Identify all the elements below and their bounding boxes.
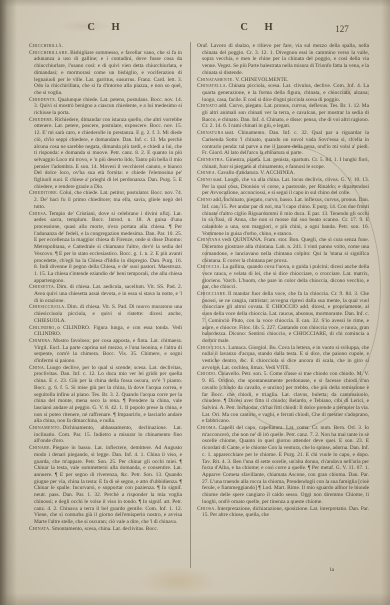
entry-body: La gallina, quando cova l'uova, o guida … [202,264,369,290]
entry-body: add. Curvo, piegato. Lat. pronus, curvus… [202,103,369,129]
entry-body: sust. Luogo, che va alla china. Lat. loc… [202,177,369,196]
entry-body: Piegare in basso. Lat. inflectere, demit… [34,445,182,525]
entry-body: V. CHINEVOLMENTE. [235,77,288,83]
text-column-left: Chicchirillà. Chicchirillare.Bisbigliare… [29,43,182,568]
dictionary-entry: Chinatella.Chinata picciola, scesa. Lat.… [197,83,369,103]
entry-body: add. Inchinato, piegato, curvo, basso. L… [202,197,369,237]
paper-stain [138,566,218,596]
entry-headword: Chicchirillà. [29,43,63,49]
edge-shadow-bottom [0,593,390,605]
entry-headword: Chiodo. [197,371,217,377]
gutter-shadow-left [0,0,17,605]
edge-shadow-top [0,0,390,7]
dictionary-entry: Chinata.Smontamento, scesa, china. Lat. … [29,526,182,533]
running-head-right: C H [232,22,288,33]
entry-headword: Chinamento. [29,425,61,431]
entry-body: Lumaca. Giorgiol. Bu. Cova la lettera, e… [202,345,369,371]
entry-headword: Chiosa. [197,506,216,512]
dictionary-entry: Chiesicciuola.Dim. di chiesa. Vit. S. Pa… [29,304,182,324]
dictionary-entry: Chinestra.Ginestra, pianta. Lat. genista… [197,157,369,170]
entry-headword: Chioma. [197,425,218,431]
dictionary-entry: Chiesa.Tempio de' Cristiani, dove si cel… [29,211,182,285]
entry-body: Bisbigliare sommesso, e favellar vano, c… [34,50,182,96]
dictionary-entry: Chiedente.Qualunque chiede. Lat. petens,… [29,97,182,117]
entry-headword: Chieditore. [29,190,59,196]
dictionary-entry: Chiocciola.Lumaca. Giorgiol. Bu. Cova la… [197,345,369,372]
entry-headword: Chinato [197,103,218,109]
entry-headword: Chilindro, [29,325,56,331]
dictionary-entry: Chinea.Cavallo d'andatura. V. ACCHINEA. [197,170,369,177]
entry-headword: Chinestra. [197,157,225,163]
entry-headword: China. [29,365,46,371]
dictionary-entry: Chilindro,o CILINDRO. Figura lunga, e co… [29,325,182,338]
dictionary-entry: Chieditore.Colui, che chiede. Lat. petit… [29,190,182,210]
entry-body: Capelli del capo, capellatura. Lat. coma… [202,425,369,505]
column-divider-rule [190,42,191,568]
text-column-right: Oraf. Lavoro di sbalzo, e rilievo per fa… [197,43,369,568]
page-number: 127 [328,24,356,34]
dictionary-entry: Chinosust. Luogo, che va alla china. Lat… [197,177,369,197]
entry-headword: Chiedente. [29,97,57,103]
dictionary-entry: Chiocciare.Il mandar fuor della voce, ch… [197,291,369,345]
dictionary-entry: Chinatoadd. Curvo, piegato. Lat. pronus,… [197,103,369,130]
entry-headword: Chinata. [29,526,51,532]
book-page: C H C H 127 Chicchirillà. Chicchirillare… [0,0,390,605]
entry-body: o CILINDRO. Figura lunga, e con essa ton… [34,325,182,338]
entry-body: Interpretazione, dichiarazione, sposizio… [202,506,369,519]
dictionary-entry: Chinaturasust. Chinamento. Dan. Inf. c. … [197,130,369,157]
dictionary-entry: Chinoadd. Inchinato, piegato, curvo, bas… [197,197,369,237]
dictionary-entry: Chimera.Mostro favoloso; per cosa appost… [29,338,182,365]
entry-body: vedi QUINTANA. Fram. stor. Bon. Quegli, … [202,237,369,263]
dictionary-entry: Chiedere.Richiedere, dimandar con istanz… [29,117,182,191]
dictionary-entry: Chiosa.Interpretazione, dichiarazione, s… [197,506,369,519]
entry-body: Cavallo d'andatura. V. ACCHINEA. [218,170,295,176]
dictionary-entry: China.Luogo declive, per lo qual si scen… [29,365,182,425]
entry-headword: Chinatella. [197,83,227,89]
entry-body: Tempio de' Cristiani, dove si celebrano … [34,211,182,284]
dictionary-entry: Chiesetta.Dim. di chiesa. Lat. aedicula,… [29,284,182,304]
dictionary-entry: Chintanavedi QUINTANA. Fram. stor. Bon. … [197,237,369,264]
entry-headword: Chicchirillare. [29,50,69,56]
dictionary-entry: Chioma.Capelli del capo, capellatura. La… [197,425,369,505]
entry-body: Il mandar fuor della voce, che fa la chi… [202,291,369,344]
catchword: la [320,567,344,573]
entry-body: sust. Chinamento. Dan. Inf. c. 32. Qual … [202,130,369,156]
entry-body: Richiedere, dimandar con istanza quello,… [34,117,182,190]
entry-headword: Chiocciare. [197,291,227,297]
entry-headword: Chintana [197,237,221,243]
edge-shadow-right [381,0,390,605]
dictionary-entry: Chioccia.La gallina, quando cova l'uova,… [197,264,369,291]
entry-headword: Chiesetta. [29,284,56,290]
entry-body: Ginestra, pianta. Lat. genista, spartum.… [202,157,369,170]
entry-headword: Chino [197,197,212,203]
dictionary-entry: Chiodo.Chiavello. Petr. son. 5. Come d'a… [197,371,369,425]
entry-headword: Chinatura [197,130,224,136]
entry-headword: Chino [197,177,212,183]
entry-body: Mostro favoloso; per cosa apposta, e fin… [34,338,182,364]
entry-continuation: Oraf. Lavoro di sbalzo, e rilievo per fa… [197,43,369,77]
entry-headword: Chimera. [29,338,52,344]
entry-headword: Chinatamente. [197,77,234,83]
entry-headword: Chioccia. [197,264,221,270]
dictionary-entry: Chinare.Piegare in basso. Lat. inflecter… [29,445,182,525]
entry-body: Chinata picciola, scesa. Lat. clivulus, … [202,83,369,102]
entry-headword: Chinea. [197,170,217,176]
dictionary-entry: Chinamento.Dichinamento, abbassamento, d… [29,425,182,445]
entry-headword: Chiesicciuola. [29,304,66,310]
running-head-left: C H [79,22,135,33]
entry-body: Luogo declive, per lo qual si scende; sc… [34,365,182,425]
entry-headword: Chiedere. [29,117,54,123]
dictionary-entry: Chicchirillà. [29,43,182,50]
entry-headword: Chiocciola. [197,345,227,351]
entry-body: Chiavello. Petr. son. 5. Come d'asse si … [202,371,369,424]
entry-body: Dim. di chiesa. Lat. aedicula, sacellum.… [34,284,182,303]
dictionary-entry: Chicchirillare.Bisbigliare sommesso, e f… [29,50,182,97]
entry-headword: Chinare. [29,445,51,451]
right-column-entries: Chinatamente.V. CHINEVOLMENTE. Chinatell… [197,77,369,519]
entry-headword: Chiesa. [29,211,48,217]
entry-body: Smontamento, scesa, china. Lat. declivit… [52,526,158,532]
